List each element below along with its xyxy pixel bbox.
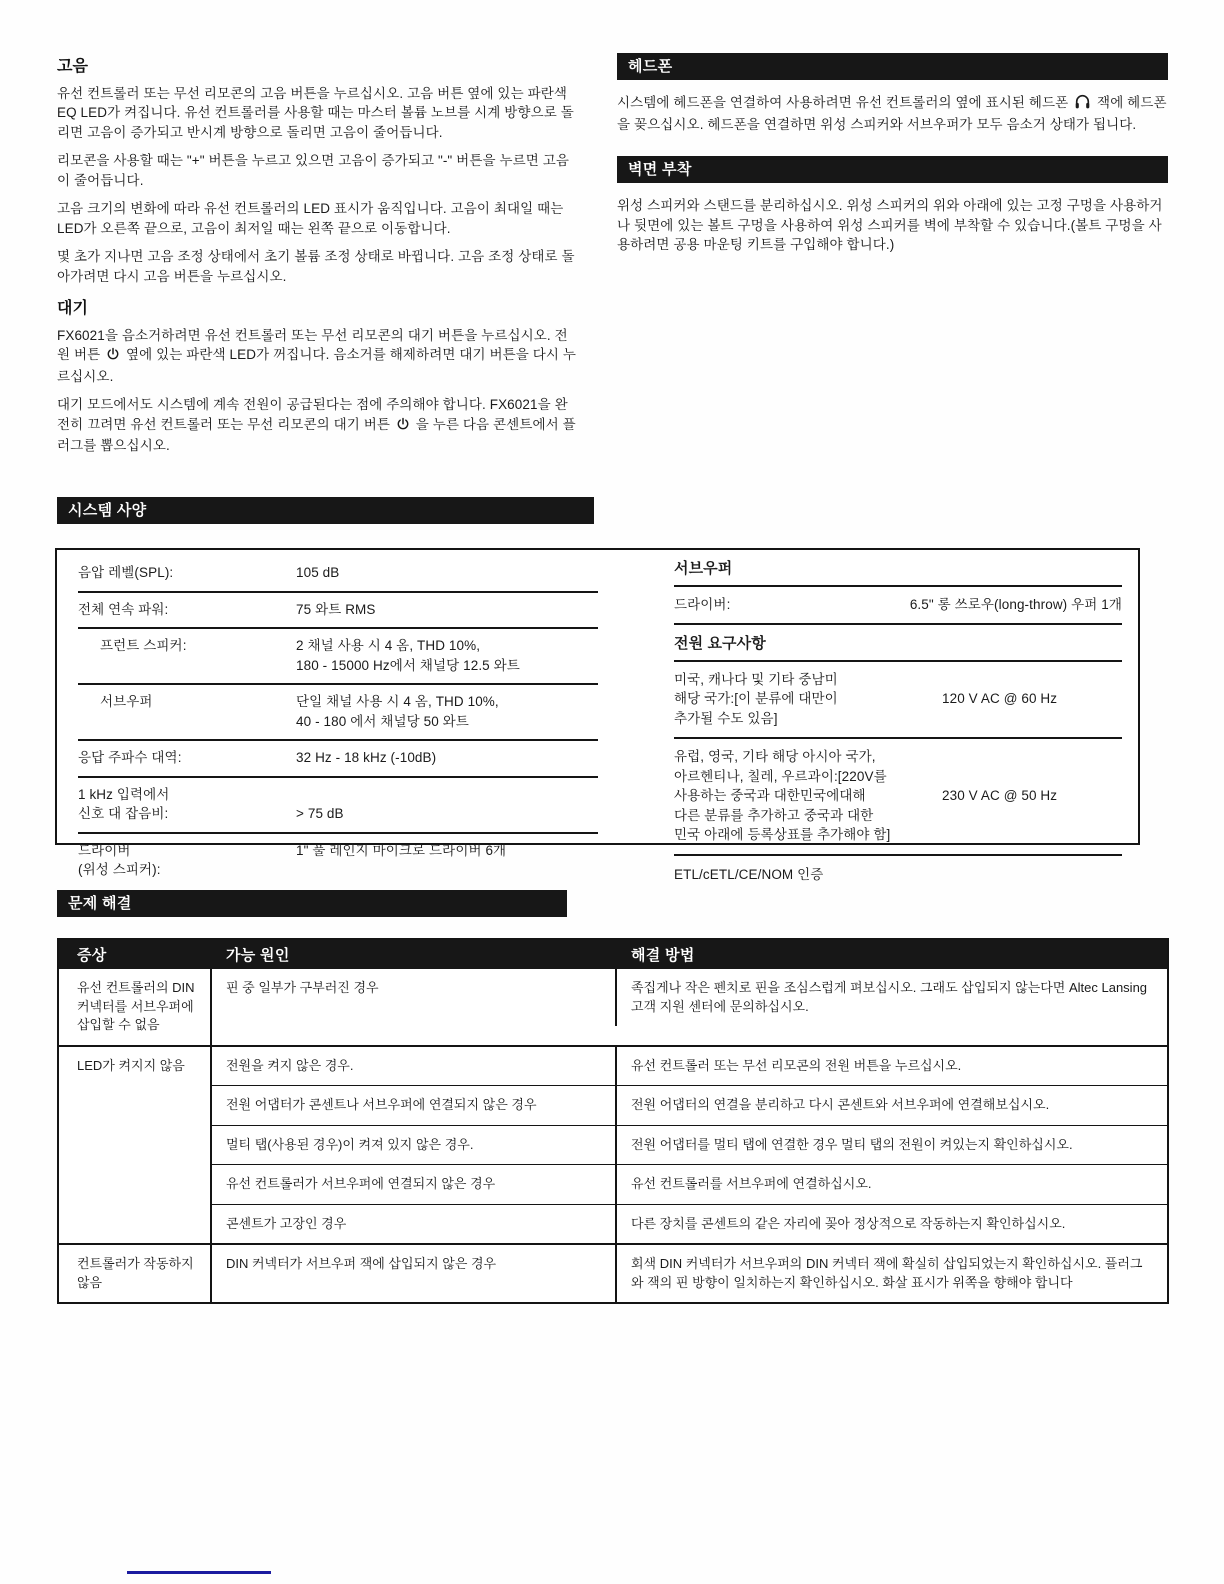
spec-value: 32 Hz - 18 kHz (-10dB) bbox=[296, 748, 598, 768]
cause-cell: 전원을 켜지 않은 경우. bbox=[212, 1047, 617, 1086]
spec-value: 75 와트 RMS bbox=[296, 600, 598, 620]
spec-value: 1" 풀 레인지 마이크로 드라이버 6개 bbox=[296, 841, 598, 880]
spec-value: 120 V AC @ 60 Hz bbox=[942, 670, 1122, 729]
table-row: 핀 중 일부가 구부러진 경우 족집게나 작은 펜치로 핀을 조심스럽게 펴보십… bbox=[212, 969, 1167, 1026]
trouble-group: LED가 켜지지 않음 전원을 켜지 않은 경우. 유선 컨트롤러 또는 무선 … bbox=[59, 1045, 1167, 1244]
spec-row: 1 kHz 입력에서 신호 대 잡음비: > 75 dB bbox=[78, 776, 598, 832]
spec-table-right: 서브우퍼 드라이버: 6.5" 롱 쓰로우(long-throw) 우퍼 1개 … bbox=[674, 556, 1122, 884]
standby-section-title: 대기 bbox=[57, 299, 577, 319]
table-row: 유선 컨트롤러가 서브우퍼에 연결되지 않은 경우 유선 컨트롤러를 서브우퍼에… bbox=[212, 1164, 1167, 1204]
headphones-section-bar: 헤드폰 bbox=[617, 53, 1168, 80]
spec-row: 드라이버: 6.5" 롱 쓰로우(long-throw) 우퍼 1개 bbox=[674, 587, 1122, 626]
power-icon bbox=[396, 417, 410, 437]
spec-label: 응답 주파수 대역: bbox=[78, 748, 296, 768]
spec-label: 전체 연속 파워: bbox=[78, 600, 296, 620]
table-row: 콘센트가 고장인 경우 다른 장치를 콘센트의 같은 자리에 꽂아 정상적으로 … bbox=[212, 1204, 1167, 1244]
solution-cell: 족집게나 작은 펜치로 핀을 조심스럽게 펴보십시오. 그래도 삽입되지 않는다… bbox=[617, 969, 1167, 1026]
table-row: DIN 커넥터가 서브우퍼 잭에 삽입되지 않은 경우 회색 DIN 커넥터가 … bbox=[212, 1245, 1167, 1302]
spec-table: 음압 레벨(SPL): 105 dB 전체 연속 파워: 75 와트 RMS 프… bbox=[55, 548, 1140, 845]
headphones-text: 시스템에 헤드폰을 연결하여 사용하려면 유선 컨트롤러의 옆에 표시된 헤드폰 bbox=[617, 95, 1068, 110]
wall-mount-paragraph: 위성 스피커와 스탠드를 분리하십시오. 위성 스피커의 위와 아래에 있는 고… bbox=[617, 196, 1168, 255]
spec-row: 드라이버 (위성 스피커): 1" 풀 레인지 마이크로 드라이버 6개 bbox=[78, 832, 598, 888]
subwoofer-title: 서브우퍼 bbox=[674, 556, 1122, 587]
trouble-group: 컨트롤러가 작동하지 않음 DIN 커넥터가 서브우퍼 잭에 삽입되지 않은 경… bbox=[59, 1243, 1167, 1302]
column-header-cause: 가능 원인 bbox=[212, 944, 617, 965]
cause-cell: 콘센트가 고장인 경우 bbox=[212, 1205, 617, 1244]
spec-value: 105 dB bbox=[296, 563, 598, 583]
trouble-group: 유선 컨트롤러의 DIN 커넥터를 서브우퍼에 삽입할 수 없음 핀 중 일부가… bbox=[59, 969, 1167, 1045]
symptom-cell: LED가 켜지지 않음 bbox=[59, 1047, 212, 1244]
table-row: 멀티 탭(사용된 경우)이 켜져 있지 않은 경우. 전원 어댑터를 멀티 탭에… bbox=[212, 1125, 1167, 1165]
troubleshooting-header-row: 증상 가능 원인 해결 방법 bbox=[59, 940, 1167, 969]
spec-row: 서브우퍼 단일 채널 사용 시 4 옴, THD 10%, 40 - 180 에… bbox=[78, 683, 598, 739]
spec-table-left: 음압 레벨(SPL): 105 dB 전체 연속 파워: 75 와트 RMS 프… bbox=[78, 556, 598, 888]
spec-row: 유럽, 영국, 기타 해당 아시아 국가, 아르헨티나, 칠레, 우르과이:[2… bbox=[674, 739, 1122, 856]
standby-paragraph: FX6021을 음소거하려면 유선 컨트롤러 또는 무선 리모콘의 대기 버튼을… bbox=[57, 326, 577, 387]
troubleshooting-section-bar: 문제 해결 bbox=[57, 890, 567, 917]
spec-label: 드라이버: bbox=[674, 595, 730, 615]
column-header-solution: 해결 방법 bbox=[617, 944, 1167, 965]
spec-value: 2 채널 사용 시 4 옴, THD 10%, 180 - 15000 Hz에서… bbox=[296, 636, 598, 675]
manual-page: 고음 유선 컨트롤러 또는 무선 리모콘의 고음 버튼을 누르십시오. 고음 버… bbox=[0, 0, 1224, 1584]
solution-cell: 다른 장치를 콘센트의 같은 자리에 꽂아 정상적으로 작동하는지 확인하십시오… bbox=[617, 1205, 1167, 1244]
power-icon bbox=[106, 347, 120, 367]
spec-row: 응답 주파수 대역: 32 Hz - 18 kHz (-10dB) bbox=[78, 739, 598, 776]
cause-cell: 유선 컨트롤러가 서브우퍼에 연결되지 않은 경우 bbox=[212, 1165, 617, 1204]
footer-link-underline bbox=[127, 1571, 271, 1574]
spec-label: 미국, 캐나다 및 기타 중남미 해당 국가:[이 분류에 대만이 추가될 수도… bbox=[674, 670, 942, 729]
standby-paragraph: 대기 모드에서도 시스템에 계속 전원이 공급된다는 점에 주의해야 합니다. … bbox=[57, 395, 577, 456]
headphones-icon bbox=[1074, 94, 1091, 115]
cause-cell: 전원 어댑터가 콘센트나 서브우퍼에 연결되지 않은 경우 bbox=[212, 1086, 617, 1125]
headphones-paragraph: 시스템에 헤드폰을 연결하여 사용하려면 유선 컨트롤러의 옆에 표시된 헤드폰… bbox=[617, 93, 1168, 134]
left-column: 고음 유선 컨트롤러 또는 무선 리모콘의 고음 버튼을 누르십시오. 고음 버… bbox=[57, 57, 577, 465]
symptom-cell: 컨트롤러가 작동하지 않음 bbox=[59, 1245, 212, 1302]
solution-cell: 유선 컨트롤러 또는 무선 리모콘의 전원 버튼을 누르십시오. bbox=[617, 1047, 1167, 1086]
solution-cell: 전원 어댑터를 멀티 탭에 연결한 경우 멀티 탭의 전원이 켜있는지 확인하십… bbox=[617, 1126, 1167, 1165]
spec-value: 230 V AC @ 50 Hz bbox=[942, 747, 1122, 845]
spec-label: 유럽, 영국, 기타 해당 아시아 국가, 아르헨티나, 칠레, 우르과이:[2… bbox=[674, 747, 942, 845]
treble-paragraph: 고음 크기의 변화에 따라 유선 컨트롤러의 LED 표시가 움직입니다. 고음… bbox=[57, 199, 577, 238]
table-row: 전원을 켜지 않은 경우. 유선 컨트롤러 또는 무선 리모콘의 전원 버튼을 … bbox=[212, 1047, 1167, 1086]
spec-value: 단일 채널 사용 시 4 옴, THD 10%, 40 - 180 에서 채널당… bbox=[296, 692, 598, 731]
spec-label: 1 kHz 입력에서 신호 대 잡음비: bbox=[78, 785, 296, 824]
column-header-symptom: 증상 bbox=[59, 944, 212, 965]
cause-cell: DIN 커넥터가 서브우퍼 잭에 삽입되지 않은 경우 bbox=[212, 1245, 617, 1302]
spec-label: 서브우퍼 bbox=[78, 692, 296, 731]
treble-paragraph: 유선 컨트롤러 또는 무선 리모콘의 고음 버튼을 누르십시오. 고음 버튼 옆… bbox=[57, 84, 577, 143]
spec-value: > 75 dB bbox=[296, 804, 598, 824]
spec-row: 전체 연속 파워: 75 와트 RMS bbox=[78, 591, 598, 628]
standby-text: 옆에 있는 파란색 LED가 꺼집니다. 음소거를 해제하려면 대기 버튼을 다… bbox=[57, 347, 576, 384]
spec-value: 6.5" 롱 쓰로우(long-throw) 우퍼 1개 bbox=[910, 595, 1122, 615]
table-row: 전원 어댑터가 콘센트나 서브우퍼에 연결되지 않은 경우 전원 어댑터의 연결… bbox=[212, 1085, 1167, 1125]
spec-label: 드라이버 (위성 스피커): bbox=[78, 841, 296, 880]
treble-section-title: 고음 bbox=[57, 57, 577, 77]
spec-label: 음압 레벨(SPL): bbox=[78, 563, 296, 583]
spec-label: 프런트 스피커: bbox=[78, 636, 296, 675]
spec-row: 미국, 캐나다 및 기타 중남미 해당 국가:[이 분류에 대만이 추가될 수도… bbox=[674, 662, 1122, 740]
spec-row: 음압 레벨(SPL): 105 dB bbox=[78, 556, 598, 591]
troubleshooting-table: 증상 가능 원인 해결 방법 유선 컨트롤러의 DIN 커넥터를 서브우퍼에 삽… bbox=[57, 938, 1169, 1304]
certification-text: ETL/cETL/CE/NOM 인증 bbox=[674, 856, 1122, 885]
specs-section-bar: 시스템 사양 bbox=[57, 497, 594, 524]
right-column: 헤드폰 시스템에 헤드폰을 연결하여 사용하려면 유선 컨트롤러의 옆에 표시된… bbox=[617, 53, 1168, 277]
power-requirements-title: 전원 요구사항 bbox=[674, 625, 1122, 662]
wall-mount-section-bar: 벽면 부착 bbox=[617, 156, 1168, 183]
cause-cell: 핀 중 일부가 구부러진 경우 bbox=[212, 969, 617, 1026]
cause-cell: 멀티 탭(사용된 경우)이 켜져 있지 않은 경우. bbox=[212, 1126, 617, 1165]
spec-row: 프런트 스피커: 2 채널 사용 시 4 옴, THD 10%, 180 - 1… bbox=[78, 627, 598, 683]
symptom-cell: 유선 컨트롤러의 DIN 커넥터를 서브우퍼에 삽입할 수 없음 bbox=[59, 969, 212, 1045]
solution-cell: 회색 DIN 커넥터가 서브우퍼의 DIN 커넥터 잭에 확실히 삽입되었는지 … bbox=[617, 1245, 1167, 1302]
solution-cell: 유선 컨트롤러를 서브우퍼에 연결하십시오. bbox=[617, 1165, 1167, 1204]
treble-paragraph: 리모콘을 사용할 때는 "+" 버튼을 누르고 있으면 고음이 증가되고 "-"… bbox=[57, 151, 577, 190]
solution-cell: 전원 어댑터의 연결을 분리하고 다시 콘센트와 서브우퍼에 연결해보십시오. bbox=[617, 1086, 1167, 1125]
treble-paragraph: 몇 초가 지나면 고음 조정 상태에서 초기 볼륨 조정 상태로 바뀝니다. 고… bbox=[57, 247, 577, 286]
